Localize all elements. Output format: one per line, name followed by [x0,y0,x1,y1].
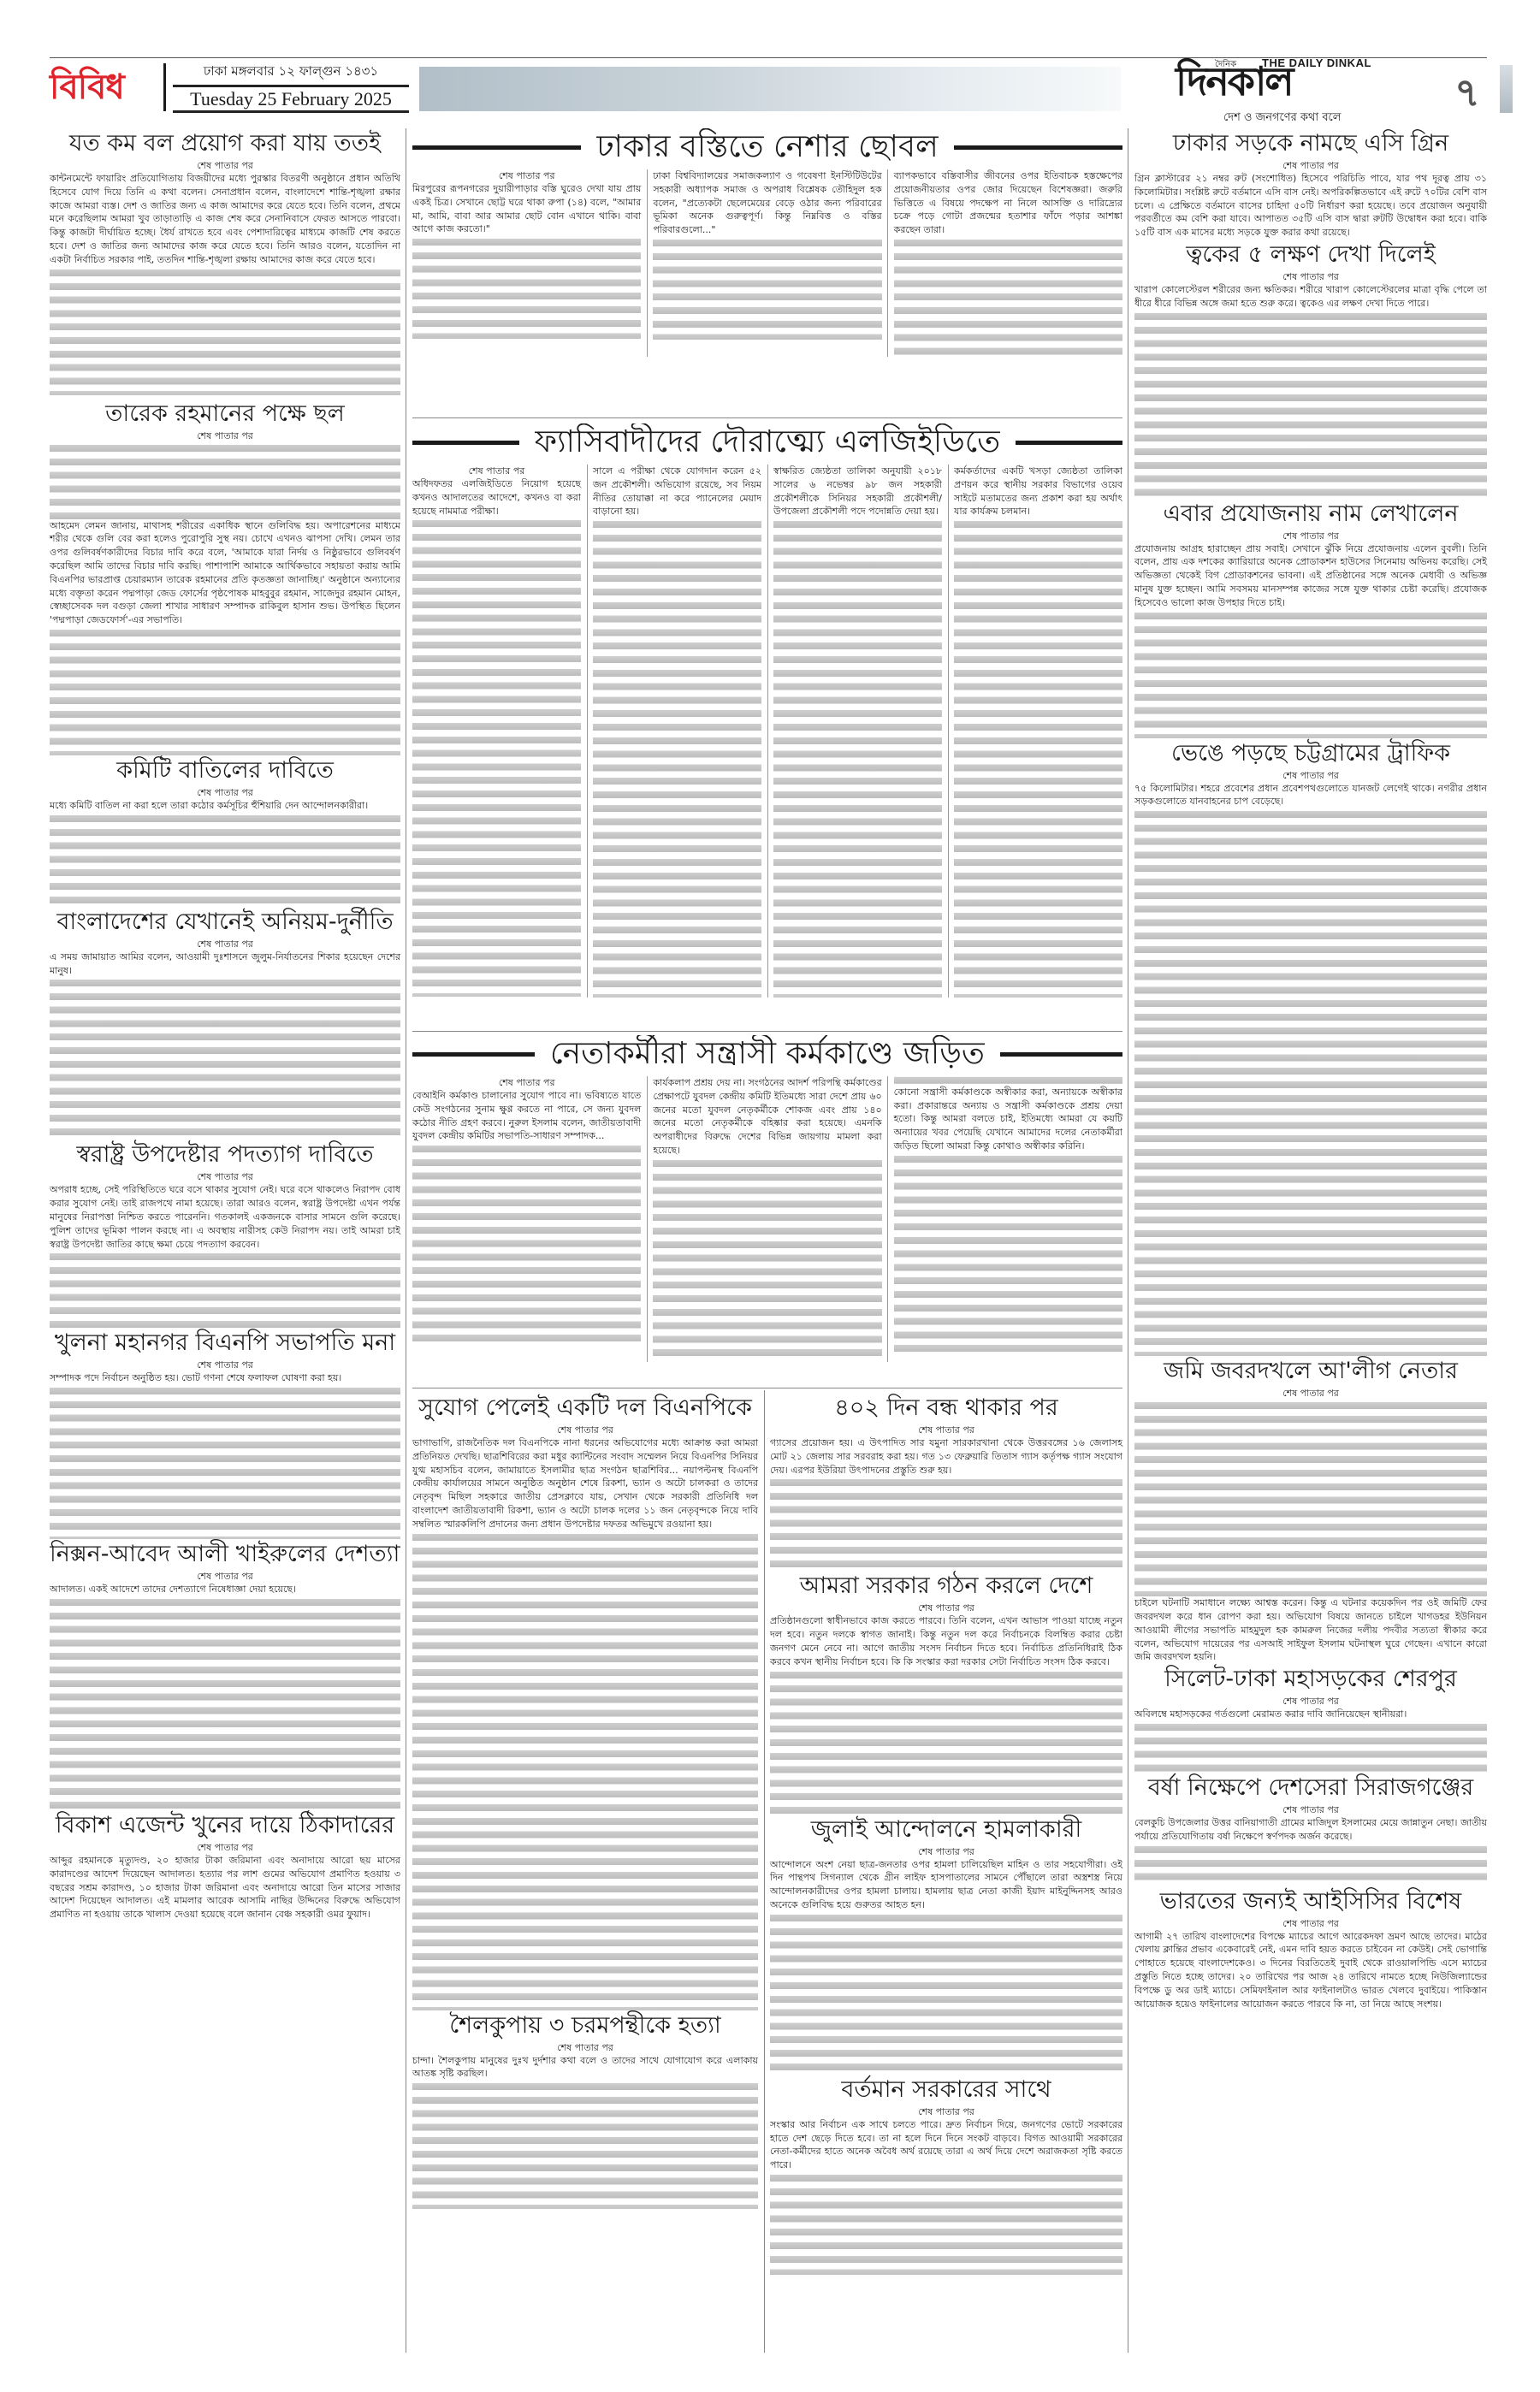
right-column: ঢাকার সড়কে নামছে এসি গ্রিন শেষ পাতার পর… [1134,128,1487,2010]
story-text: কোনো সন্ত্রাসী কর্মকাণ্ডকে অস্বীকার করা,… [894,1086,1122,1153]
text-block [412,1531,758,2010]
text-block [894,237,1122,357]
continued-label: শেষ পাতার পর [1134,1695,1487,1708]
headline[interactable]: জুলাই আন্দোলনে হামলাকারী [770,1815,1122,1845]
headline-row: ফ্যাসিবাদীদের দৌরাত্ম্যে এলজিইডিতে [412,423,1122,461]
story-lged[interactable]: ফ্যাসিবাদীদের দৌরাত্ম্যে এলজিইডিতে শেষ প… [412,423,1122,998]
story[interactable]: সুযোগ পেলেই একটি দল বিএনপিকে শেষ পাতার প… [412,1393,758,2010]
story[interactable]: তারেক রহমানের পক্ষে ছল শেষ পাতার পর আহমে… [50,399,400,755]
story-body: শেষ পাতার পর অধিদফতর এলজিইডিতে নিয়োগ হয… [412,465,1122,998]
story[interactable]: ঢাকার সড়কে নামছে এসি গ্রিন শেষ পাতার পর… [1134,128,1487,240]
continued-label: শেষ পাতার পর [1134,1387,1487,1400]
text-block [1134,1844,1487,1886]
text-block [770,1477,1122,1571]
page-tab [1500,65,1513,113]
continued-label: শেষ পাতার পর [1134,769,1487,782]
section-rule [412,417,1122,418]
center-bottom-left: সুযোগ পেলেই একটি দল বিএনপিকে শেষ পাতার প… [412,1393,758,2209]
story[interactable]: সিলেট-ঢাকা মহাসড়কের শেরপুর শেষ পাতার পর… [1134,1664,1487,1773]
story[interactable]: আমরা সরকার গঠন করলে দেশে শেষ পাতার পর প্… [770,1571,1122,1814]
headline[interactable]: জমি জবরদখলে আ'লীগ নেতার [1134,1356,1487,1387]
headline[interactable]: স্বরাষ্ট্র উপদেষ্টার পদত্যাগ দাবিতে [50,1140,400,1170]
headline-row: ঢাকার বস্তিতে নেশার ছোবল [412,128,1122,166]
continued-label: শেষ পাতার পর [1134,270,1487,283]
continued-label: শেষ পাতার পর [50,429,400,442]
text-block [1134,610,1487,738]
text-block [1134,1721,1487,1773]
column-rule [764,1390,765,2353]
date-bengali: ঢাকা মঙ্গলবার ১২ ফাল্গুন ১৪৩১ [173,62,409,87]
headline[interactable]: ত্বকের ৫ লক্ষণ দেখা দিলেই [1134,240,1487,270]
masthead-divider [163,63,166,111]
continued-label: শেষ পাতার পর [412,465,581,477]
text-block [50,1251,400,1328]
story-text: ভাগাভাগি, রাজনৈতিক দল বিএনপিকে নানা ধরনে… [412,1436,758,1531]
story[interactable]: ভেঙে পড়ছে চট্টগ্রামের ট্রাফিক শেষ পাতার… [1134,738,1487,1357]
story[interactable]: বাংলাদেশের যেখানেই অনিয়ম-দুর্নীতি শেষ প… [50,907,400,1140]
header-banner-band [419,67,1121,111]
headline[interactable]: সুযোগ পেলেই একটি দল বিএনপিকে [412,1393,758,1424]
story-text: অবিলম্বে মহাসড়কের গর্তগুলো মেরামত করার … [1134,1708,1487,1721]
story-text: খারাপ কোলেস্টেরল শরীরের জন্য ক্ষতিকর। শর… [1134,283,1487,311]
headline[interactable]: কমিটি বাতিলের দাবিতে [50,755,400,786]
text-block [894,1153,1122,1359]
story-text: আন্দোলনে অংশ নেয়া ছাত্র-জনতার ওপর হামলা… [770,1858,1122,1912]
story-text: কর্মকর্তাদের একটি খসড়া জ্যেষ্ঠতা তালিকা… [954,465,1122,518]
story-text: মধ্যে কমিটি বাতিল না করা হলে তারা কঠোর ক… [50,799,400,813]
story-text: চাইলে ঘটনাটি সমাধানে লক্ষ্যে আশ্বস্ত করে… [1134,1596,1487,1664]
text-block [50,267,400,395]
story-text: ৭৫ কিলোমিটার। শহরে প্রবেশের প্রধান প্রবে… [1134,782,1487,809]
continued-label: শেষ পাতার পর [412,169,641,182]
headline-bar [412,145,581,150]
text-block [593,518,761,998]
story-text: কান্টনমেন্টে ফায়ারিং প্রতিযোগিতায় বিজয… [50,172,400,267]
story-text: বেআইনি কর্মকাণ্ড চালানোর সুযোগ পাবে না। … [412,1089,641,1143]
story[interactable]: শৈলকুপায় ৩ চরমপন্থীকে হত্যা শেষ পাতার প… [412,2010,758,2210]
headline[interactable]: ফ্যাসিবাদীদের দৌরাত্ম্যে এলজিইডিতে [535,423,1000,461]
story-text: কার্যকলাপ প্রশ্রয় দেয় না। সংগঠনের আদর্… [653,1076,881,1158]
continued-label: শেষ পাতার পর [50,1570,400,1583]
story-text: গ্রিন ক্লাস্টারের ২১ নম্বর রুট (সংশোধিত)… [1134,172,1487,240]
continued-label: শেষ পাতার পর [50,1841,400,1854]
story-text: সালে এ পরীক্ষা থেকে যোগদান করেন ৫২ জন প্… [593,465,761,518]
headline[interactable]: ভেঙে পড়ছে চট্টগ্রামের ট্রাফিক [1134,738,1487,769]
section-rule [412,1388,1122,1388]
section-masthead: বিবিধ ঢাকা মঙ্গলবার ১২ ফাল্গুন ১৪৩১ Tues… [50,62,409,113]
story-text: আদালত। একই আদেশে তাদের দেশত্যাগে নিষেধাজ… [50,1583,400,1596]
headline[interactable]: সিলেট-ঢাকা মহাসড়কের শেরপুর [1134,1664,1487,1695]
headline[interactable]: শৈলকুপায় ৩ চরমপন্থীকে হত্যা [412,2010,758,2041]
story-text: প্রযোজনায় আগ্রহ হারাচ্ছেন প্রায় সবাই। … [1134,542,1487,610]
text-block [1134,1400,1487,1596]
column-rule [1128,128,1128,2353]
center-bottom-right: ৪০২ দিন বন্ধ থাকার পর শেষ পাতার পর গ্যাস… [770,1393,1122,2275]
story[interactable]: কমিটি বাতিলের দাবিতে শেষ পাতার পর মধ্যে … [50,755,400,907]
text-block [653,237,881,340]
story-text: অধিদফতর এলজিইডিতে নিয়োগ হয়েছে কখনও আদা… [412,477,581,518]
continued-label: শেষ পাতার পর [1134,1917,1487,1930]
story-body: শেষ পাতার পর বেআইনি কর্মকাণ্ড চালানোর সু… [412,1076,1122,1362]
continued-label: শেষ পাতার পর [50,1170,400,1183]
headline[interactable]: বাংলাদেশের যেখানেই অনিয়ম-দুর্নীতি [50,907,400,938]
continued-label: শেষ পাতার পর [412,1076,641,1089]
story-text: স্বাক্ষরিত জ্যেষ্ঠতা তালিকা অনুযায়ী ২০১… [773,465,942,518]
headline[interactable]: নিক্সন-আবেদ আলী খাইরুলের দেশত্যাগে [50,1539,400,1570]
column-rule [406,128,406,2353]
story[interactable]: জুলাই আন্দোলনে হামলাকারী শেষ পাতার পর আন… [770,1815,1122,2075]
headline[interactable]: নেতাকর্মীরা সন্ত্রাসী কর্মকাণ্ডে জড়িত [550,1035,985,1073]
continued-label: শেষ পাতার পর [412,1424,758,1436]
story[interactable]: ভারতের জন্যই আইসিসির বিশেষ শেষ পাতার পর … [1134,1886,1487,2011]
story[interactable]: ৪০২ দিন বন্ধ থাকার পর শেষ পাতার পর গ্যাস… [770,1393,1122,1571]
text-block [50,977,400,1140]
text-block [50,1385,400,1539]
story[interactable]: এবার প্রযোজনায় নাম লেখালেন শেষ পাতার পর… [1134,499,1487,738]
date-box: ঢাকা মঙ্গলবার ১২ ফাল্গুন ১৪৩১ Tuesday 25… [173,62,409,113]
continued-label: শেষ পাতার পর [770,1602,1122,1614]
story-youth-wing[interactable]: নেতাকর্মীরা সন্ত্রাসী কর্মকাণ্ডে জড়িত শ… [412,1035,1122,1362]
text-block [412,518,581,997]
headline[interactable]: এবার প্রযোজনায় নাম লেখালেন [1134,499,1487,530]
headline-bar [1000,1052,1122,1057]
left-column: যত কম বল প্রয়োগ করা যায় ততই শেষ পাতার … [50,128,400,1921]
text-block [412,2081,758,2209]
headline[interactable]: বর্ষা নিক্ষেপে দেশসেরা সিরাজগঞ্জের [1134,1773,1487,1803]
story-text: এ সময় জামায়াত আমির বলেন, আওয়ামী দুঃশা… [50,950,400,978]
text-block [412,236,641,339]
headline[interactable]: ৪০২ দিন বন্ধ থাকার পর [770,1393,1122,1424]
headline[interactable]: ঢাকার সড়কে নামছে এসি গ্রিন [1134,128,1487,159]
story-text: বেলকুচি উপজেলার উত্তর বানিয়াগাতী গ্রামে… [1134,1816,1487,1844]
text-block [1134,808,1487,1356]
brand-tagline: দেশ ও জনগণের কথা বলে [1223,110,1341,127]
story-slum-drugs[interactable]: ঢাকার বস্তিতে নেশার ছোবল শেষ পাতার পর মি… [412,128,1122,357]
headline-bar [1016,441,1122,445]
story[interactable]: জমি জবরদখলে আ'লীগ নেতার শেষ পাতার পর চাই… [1134,1356,1487,1664]
headline-bar [954,145,1122,150]
story-text: আগামী ২৭ তারিখ বাংলাদেশের বিপক্ষে ম্যাচে… [1134,1930,1487,2011]
text-block [770,1669,1122,1815]
story[interactable]: স্বরাষ্ট্র উপদেষ্টার পদত্যাগ দাবিতে শেষ … [50,1140,400,1328]
story-text: ব্যাপকভাবে বস্তিবাসীর জীবনের ওপর ইতিবাচক… [894,169,1122,237]
continued-label: শেষ পাতার পর [770,2105,1122,2118]
story-body: শেষ পাতার পর মিরপুরের রূপনগরের দুয়ারীপা… [412,169,1122,357]
headline[interactable]: তারেক রহমানের পক্ষে ছল [50,399,400,429]
text-block [50,627,400,755]
text-block [50,813,400,907]
continued-label: শেষ পাতার পর [1134,1803,1487,1816]
text-block [770,2172,1122,2275]
page-number: ৭ [1454,63,1480,128]
story-text: মিরপুরের রূপনগরের দুয়ারীপাড়ার বস্তি ঘু… [412,182,641,236]
headline-bar [412,1052,535,1057]
continued-label: শেষ পাতার পর [1134,530,1487,542]
headline-bar [412,441,519,445]
continued-label: শেষ পাতার পর [770,1845,1122,1858]
story-text: সম্পাদক পদে নির্বাচন অনুষ্ঠিত হয়। ভোট গ… [50,1371,400,1385]
headline[interactable]: বর্তমান সরকারের সাথে [770,2075,1122,2105]
text-block [773,518,942,998]
story-text: আব্দুর রহমানকে মৃত্যুদণ্ড, ২০ হাজার টাকা… [50,1854,400,1921]
headline[interactable]: ভারতের জন্যই আইসিসির বিশেষ [1134,1886,1487,1917]
continued-label: শেষ পাতার পর [50,159,400,172]
story-text: ঢাকা বিশ্ববিদ্যালয়ের সমাজকল্যাণ ও গবেষণ… [653,169,881,237]
story-text: প্রতিষ্ঠানগুলো স্বাধীনভাবে কাজ করতে পারব… [770,1614,1122,1668]
headline[interactable]: বিকাশ এজেন্ট খুনের দায়ে ঠিকাদারের [50,1810,400,1841]
text-block [954,518,1122,998]
story[interactable]: বিকাশ এজেন্ট খুনের দায়ে ঠিকাদারের শেষ প… [50,1810,400,1921]
text-block [50,442,400,519]
continued-label: শেষ পাতার পর [50,938,400,950]
headline[interactable]: যত কম বল প্রয়োগ করা যায় ততই [50,128,400,159]
story-text: আহমেদ লেমন জানায়, মাথাসহ শরীরের একাধিক … [50,519,400,627]
continued-label: শেষ পাতার পর [1134,159,1487,172]
story-text: সংস্কার আর নির্বাচন এক সাথে চলতে পারে। দ… [770,2118,1122,2172]
story[interactable]: বর্তমান সরকারের সাথে শেষ পাতার পর সংস্কা… [770,2075,1122,2275]
headline[interactable]: খুলনা মহানগর বিএনপি সভাপতি মনা [50,1328,400,1359]
story-text: গ্যাসের প্রয়োজন হয়। এ উৎপাদিত সার যমুন… [770,1436,1122,1477]
headline-row: নেতাকর্মীরা সন্ত্রাসী কর্মকাণ্ডে জড়িত [412,1035,1122,1073]
text-block [1134,311,1487,499]
continued-label: শেষ পাতার পর [50,1359,400,1371]
newspaper-logo: দিনকাল [1176,62,1293,101]
continued-label: শেষ পাতার পর [412,2041,758,2054]
headline[interactable]: আমরা সরকার গঠন করলে দেশে [770,1571,1122,1602]
section-rule [412,1031,1122,1032]
continued-label: শেষ পাতার পর [770,1424,1122,1436]
story[interactable]: বর্ষা নিক্ষেপে দেশসেরা সিরাজগঞ্জের শেষ প… [1134,1773,1487,1886]
story[interactable]: যত কম বল প্রয়োগ করা যায় ততই শেষ পাতার … [50,128,400,395]
date-english: Tuesday 25 February 2025 [173,87,409,113]
text-block [412,1143,641,1348]
story[interactable]: ত্বকের ৫ লক্ষণ দেখা দিলেই শেষ পাতার পর খ… [1134,240,1487,499]
story[interactable]: নিক্সন-আবেদ আলী খাইরুলের দেশত্যাগে শেষ প… [50,1539,400,1810]
section-title: বিবিধ [50,70,157,104]
story-text: চান্দা। শৈলকুপায় মানুষের দুঃখ দুর্দশার … [412,2054,758,2081]
story-text: অপরাধ হচ্ছে, সেই পরিস্থিতিতে ঘরে বসে থাক… [50,1183,400,1251]
text-block [770,1912,1122,2075]
story[interactable]: খুলনা মহানগর বিএনপি সভাপতি মনা শেষ পাতার… [50,1328,400,1539]
headline[interactable]: ঢাকার বস্তিতে নেশার ছোবল [596,128,939,166]
text-block [50,1596,400,1810]
continued-label: শেষ পাতার পর [50,786,400,799]
